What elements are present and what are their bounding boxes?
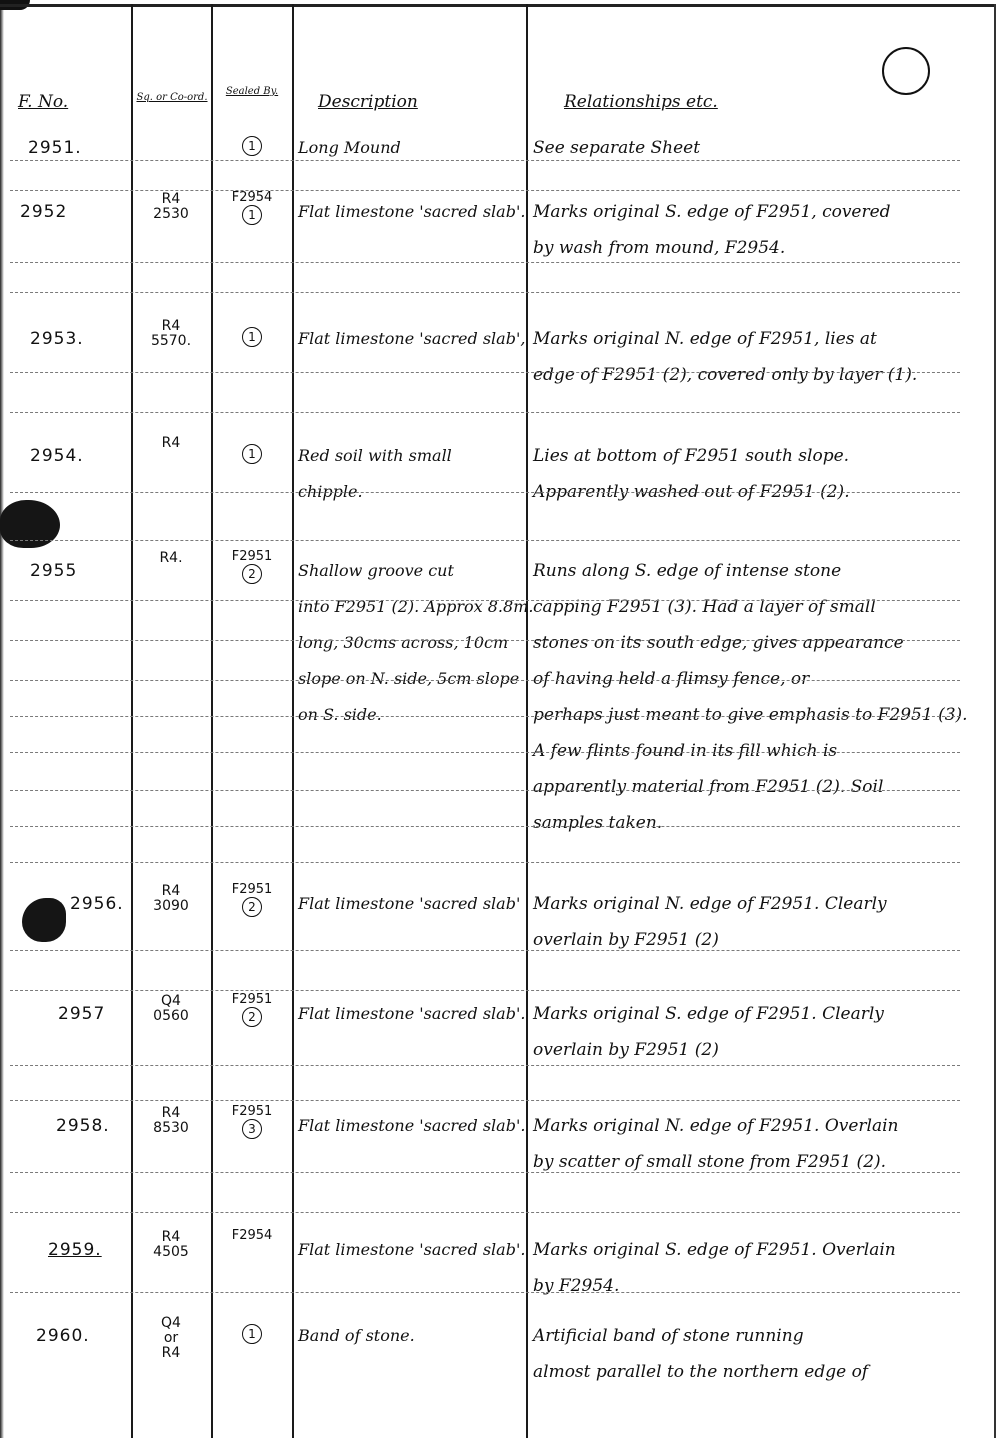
relationship-line: Lies at bottom of F2951 south slope. <box>533 438 993 474</box>
grid-coordinate: R43090 <box>134 884 208 914</box>
feature-number: 2952 <box>20 196 67 228</box>
ruled-line <box>10 160 960 161</box>
sealed-by-feature: F2951 <box>214 549 290 564</box>
layer-number-circle: 3 <box>242 1119 262 1139</box>
grid-coordinate: R45570. <box>134 319 208 349</box>
description: Flat limestone 'sacred slab', <box>298 321 524 357</box>
column-divider <box>211 4 213 1438</box>
sealed-by: 1 <box>214 327 290 347</box>
layer-number-circle: 1 <box>242 136 262 156</box>
ruled-line <box>10 716 960 717</box>
grid-coordinate: R4. <box>134 551 208 566</box>
relationship-line: Marks original S. edge of F2951. Overlai… <box>533 1232 993 1268</box>
layer-number-circle: 2 <box>242 1007 262 1027</box>
feature-number: 2959. <box>48 1234 102 1266</box>
relationships: Marks original N. edge of F2951. Overlai… <box>533 1108 993 1180</box>
relationships: Marks original N. edge of F2951, lies at… <box>533 321 993 393</box>
ruled-line <box>10 190 960 191</box>
description-line: on S. side. <box>298 697 524 733</box>
grid-coordinate: R4 <box>134 436 208 451</box>
sealed-by-feature: F2951 <box>214 882 290 897</box>
relationships: Marks original S. edge of F2951. Clearly… <box>533 996 993 1068</box>
grid-coordinate: R48530 <box>134 1106 208 1136</box>
layer-number-circle: 1 <box>242 1324 262 1344</box>
ruled-line <box>10 600 960 601</box>
ruled-line <box>10 492 960 493</box>
scan-edge <box>0 0 4 1438</box>
relationship-line: by F2954. <box>533 1268 993 1304</box>
ruled-line <box>10 1065 960 1066</box>
relationships: Marks original S. edge of F2951. Overlai… <box>533 1232 993 1304</box>
description-line: Band of stone. <box>298 1318 524 1354</box>
relationship-line: Marks original N. edge of F2951. Overlai… <box>533 1108 993 1144</box>
description-line: Flat limestone 'sacred slab'. <box>298 194 524 230</box>
ruled-line <box>10 752 960 753</box>
column-divider <box>292 4 294 1438</box>
description: Flat limestone 'sacred slab' <box>298 886 524 922</box>
ruled-line <box>10 826 960 827</box>
column-divider <box>526 4 528 1438</box>
description-line: Flat limestone 'sacred slab'. <box>298 1108 524 1144</box>
description: Shallow groove cutinto F2951 (2). Approx… <box>298 553 524 733</box>
description-line: Red soil with small <box>298 438 524 474</box>
sealed-by: 1 <box>214 1324 290 1344</box>
ruled-line <box>10 950 960 951</box>
relationship-line: A few flints found in its fill which is <box>533 733 993 769</box>
description-line: into F2951 (2). Approx 8.8m. <box>298 589 524 625</box>
layer-number-circle: 2 <box>242 564 262 584</box>
description-line: long, 30cms across, 10cm <box>298 625 524 661</box>
relationship-line: almost parallel to the northern edge of <box>533 1354 993 1390</box>
relationship-line: Artificial band of stone running <box>533 1318 993 1354</box>
punch-hole-icon <box>882 47 930 95</box>
top-border <box>0 4 995 7</box>
description-line: Flat limestone 'sacred slab' <box>298 886 524 922</box>
layer-number-circle: 1 <box>242 205 262 225</box>
ruled-line <box>10 412 960 413</box>
ruled-line <box>10 292 960 293</box>
sealed-by: 1 <box>214 136 290 156</box>
sealed-by-feature: F2954 <box>214 190 290 205</box>
grid-coordinate: R44505 <box>134 1230 208 1260</box>
ruled-line <box>10 680 960 681</box>
feature-number: 2958. <box>56 1110 110 1142</box>
description: Flat limestone 'sacred slab'. <box>298 1232 524 1268</box>
ruled-line <box>10 640 960 641</box>
layer-number-circle: 1 <box>242 444 262 464</box>
relationship-line: edge of F2951 (2), covered only by layer… <box>533 357 993 393</box>
grid-coordinate: R42530 <box>134 192 208 222</box>
relationships: Artificial band of stone runningalmost p… <box>533 1318 993 1390</box>
relationships: Lies at bottom of F2951 south slope.Appa… <box>533 438 993 510</box>
feature-number: 2957 <box>58 998 105 1030</box>
ruled-line <box>10 540 960 541</box>
sealed-by: F29541 <box>214 190 290 225</box>
description: Band of stone. <box>298 1318 524 1354</box>
sealed-by: F29512 <box>214 549 290 584</box>
ruled-line <box>10 1172 960 1173</box>
sealed-by-feature: F2951 <box>214 1104 290 1119</box>
grid-coordinate: Q40560 <box>134 994 208 1024</box>
feature-number: 2954. <box>30 440 84 472</box>
relationship-line: by wash from mound, F2954. <box>533 230 993 266</box>
header-relationships: Relationships etc. <box>564 92 718 112</box>
header-description: Description <box>318 92 418 112</box>
ruled-line <box>10 990 960 991</box>
feature-number: 2955 <box>30 555 77 587</box>
relationship-line: by scatter of small stone from F2951 (2)… <box>533 1144 993 1180</box>
relationship-line: Marks original N. edge of F2951, lies at <box>533 321 993 357</box>
relationship-line: capping F2951 (3). Had a layer of small <box>533 589 993 625</box>
register-sheet: F. No. Sq. or Co-ord. Sealed By. Descrip… <box>0 0 1000 1438</box>
feature-number: 2956. <box>70 888 124 920</box>
sealed-by-feature: F2951 <box>214 992 290 1007</box>
ruled-line <box>10 372 960 373</box>
header-f-no: F. No. <box>18 92 68 112</box>
sealed-by: F29512 <box>214 882 290 917</box>
ruled-line <box>10 790 960 791</box>
ruled-line <box>10 262 960 263</box>
relationship-line: of having held a flimsy fence, or <box>533 661 993 697</box>
relationship-line: samples taken. <box>533 805 993 841</box>
relationship-line: apparently material from F2951 (2). Soil <box>533 769 993 805</box>
header-grid-coord: Sq. or Co-ord. <box>134 92 210 103</box>
relationship-line: Marks original S. edge of F2951. Clearly <box>533 996 993 1032</box>
sealed-by-feature: F2954 <box>214 1228 290 1243</box>
description: Red soil with smallchipple. <box>298 438 524 510</box>
description-line: Flat limestone 'sacred slab'. <box>298 1232 524 1268</box>
column-divider <box>131 4 133 1438</box>
layer-number-circle: 2 <box>242 897 262 917</box>
relationships: Marks original N. edge of F2951. Clearly… <box>533 886 993 958</box>
sealed-by: F29512 <box>214 992 290 1027</box>
relationship-line: perhaps just meant to give emphasis to F… <box>533 697 993 733</box>
relationship-line: Runs along S. edge of intense stone <box>533 553 993 589</box>
description-line: Flat limestone 'sacred slab', <box>298 321 524 357</box>
description: Flat limestone 'sacred slab'. <box>298 194 524 230</box>
relationship-line: stones on its south edge, gives appearan… <box>533 625 993 661</box>
sealed-by: 1 <box>214 444 290 464</box>
ruled-line <box>10 1212 960 1213</box>
header-sealed-by: Sealed By. <box>214 86 290 97</box>
layer-number-circle: 1 <box>242 327 262 347</box>
description: Flat limestone 'sacred slab'. <box>298 996 524 1032</box>
relationships: Marks original S. edge of F2951, covered… <box>533 194 993 266</box>
relationship-line: overlain by F2951 (2) <box>533 922 993 958</box>
right-border <box>994 4 996 1438</box>
ruled-line <box>10 1292 960 1293</box>
relationship-line: Marks original N. edge of F2951. Clearly <box>533 886 993 922</box>
description-line: Flat limestone 'sacred slab'. <box>298 996 524 1032</box>
relationships: Runs along S. edge of intense stonecappi… <box>533 553 993 841</box>
description: Flat limestone 'sacred slab'. <box>298 1108 524 1144</box>
description-line: Shallow groove cut <box>298 553 524 589</box>
ruled-line <box>10 1100 960 1101</box>
feature-number: 2960. <box>36 1320 90 1352</box>
ink-blot <box>22 898 66 942</box>
grid-coordinate: Q4orR4 <box>134 1316 208 1361</box>
description-line: slope on N. side, 5cm slope <box>298 661 524 697</box>
sealed-by: F2954 <box>214 1228 290 1243</box>
relationship-line: Marks original S. edge of F2951, covered <box>533 194 993 230</box>
feature-number: 2953. <box>30 323 84 355</box>
ruled-line <box>10 862 960 863</box>
sealed-by: F29513 <box>214 1104 290 1139</box>
relationship-line: overlain by F2951 (2) <box>533 1032 993 1068</box>
